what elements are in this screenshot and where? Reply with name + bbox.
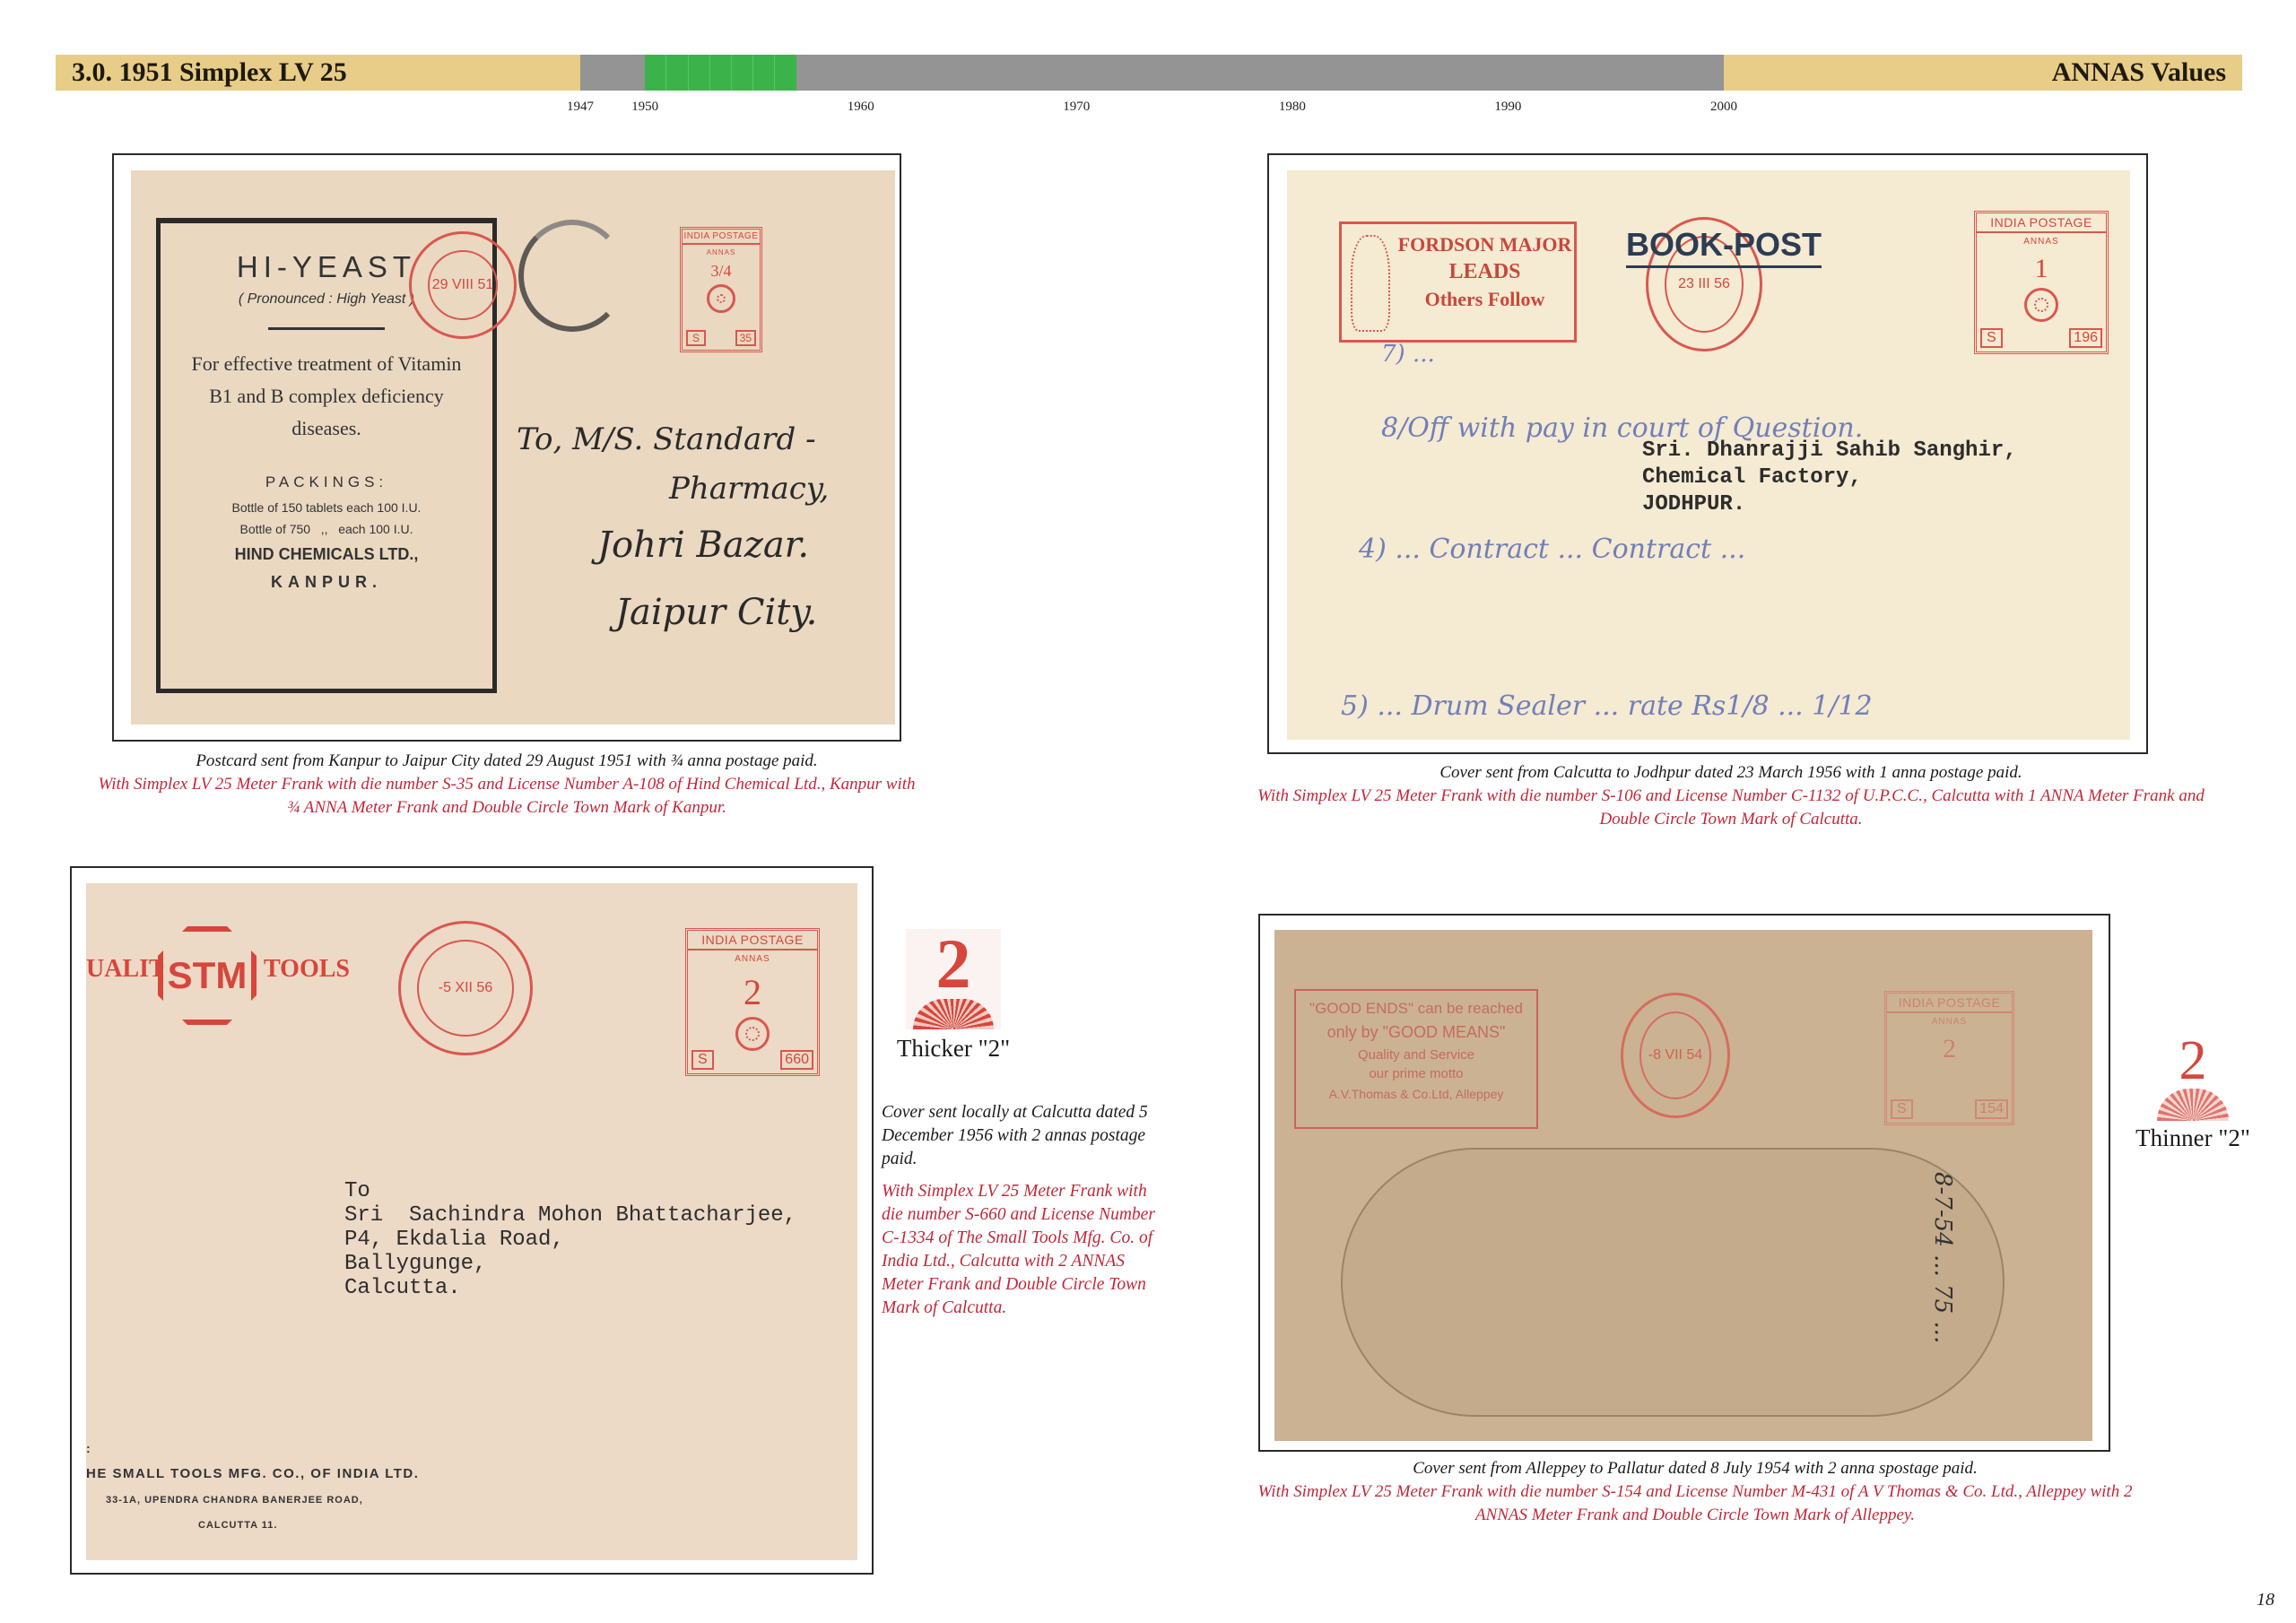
timeline-tick: 1950 — [631, 100, 658, 115]
caption-calcutta-jodhpur-detail: With Simplex LV 25 Meter Frank with die … — [1247, 785, 2215, 831]
address-line-1: To, M/S. Standard - — [517, 421, 816, 457]
typed-address: Sri. Dhanrajji Sahib Sanghir, Chemical F… — [1642, 438, 2017, 518]
logo-right-text: TOOLS — [264, 955, 350, 984]
advert-body: For effective treatment of Vitamin B1 an… — [161, 348, 492, 445]
caption-calcutta-jodhpur-summary: Cover sent from Calcutta to Jodhpur date… — [1247, 761, 2215, 785]
caption-calcutta-jodhpur: Cover sent from Calcutta to Jodhpur date… — [1247, 761, 2215, 831]
town-mark-date: -5 XII 56 — [401, 980, 530, 996]
exhibit-frame-calcutta-jodhpur: FORDSON MAJOR LEADS Others Follow 23 III… — [1267, 153, 2148, 754]
timeline-tick: 1990 — [1494, 100, 1521, 115]
town-mark-calcutta: -5 XII 56 — [398, 921, 533, 1055]
town-mark-kanpur: 29 VIII 51 — [409, 231, 517, 339]
slogan-box: FORDSON MAJOR LEADS Others Follow — [1339, 221, 1577, 343]
timeline-tick: 1947 — [567, 100, 594, 115]
exhibit-frame-alleppey: "GOOD ENDS" can be reached only by "GOOD… — [1258, 914, 2110, 1452]
handwritten-note-1: 7) ... — [1381, 341, 1435, 368]
slogan-box: "GOOD ENDS" can be reached only by "GOOD… — [1294, 989, 1538, 1129]
caption-kanpur: Postcard sent from Kanpur to Jaipur City… — [90, 750, 924, 820]
cover-image: FORDSON MAJOR LEADS Others Follow 23 III… — [1287, 170, 2130, 740]
variant-thicker-2: 2 Thicker "2" — [886, 929, 1021, 1063]
meter-frank: INDIA POSTAGE ANNAS 2 S 154 — [1884, 991, 2014, 1125]
handwritten-side-note: 8-7-54 ... 75 ... — [1929, 1172, 1956, 1343]
book-post-label: BOOK-POST — [1626, 226, 1822, 268]
caption-calcutta-local-detail: With Simplex LV 25 Meter Frank with die … — [882, 1180, 1169, 1320]
town-mark-alleppey: -8 VII 54 — [1621, 993, 1730, 1118]
caption-alleppey: Cover sent from Alleppey to Pallatur dat… — [1251, 1457, 2139, 1527]
timeline-tick: 1960 — [848, 100, 874, 115]
caption-calcutta-local: Cover sent locally at Calcutta dated 5 D… — [882, 1101, 1169, 1320]
handwritten-note-3: 4) ... Contract ... Contract ... — [1359, 534, 1745, 565]
sender-address: 33-1A, UPENDRA CHANDRA BANERJEE ROAD, — [106, 1495, 363, 1506]
advert-city: KANPUR. — [161, 573, 492, 592]
stm-logo: STM — [158, 926, 257, 1025]
caption-alleppey-summary: Cover sent from Alleppey to Pallatur dat… — [1251, 1457, 2139, 1480]
ashoka-chakra-icon — [913, 999, 994, 1029]
typed-address: To Sri Sachindra Mohon Bhattacharjee, P4… — [344, 1179, 796, 1300]
page-number: 18 — [2257, 1590, 2274, 1610]
address-window — [1341, 1148, 2005, 1417]
exhibit-frame-kanpur: HI-YEAST ( Pronounced : High Yeast ) For… — [112, 153, 901, 742]
timeline-tick: 1970 — [1063, 100, 1090, 115]
ashoka-chakra-icon — [735, 1017, 770, 1051]
address-line-3: Johri Bazar. — [597, 525, 809, 566]
postcard-image: HI-YEAST ( Pronounced : High Yeast ) For… — [131, 170, 895, 725]
variant-digit: 2 — [906, 929, 1001, 999]
advert-packing-1: Bottle of 150 tablets each 100 I.U. — [161, 500, 492, 515]
caption-kanpur-detail: With Simplex LV 25 Meter Frank with die … — [90, 773, 924, 820]
sender-city: CALCUTTA 11. — [198, 1520, 277, 1531]
caption-alleppey-detail: With Simplex LV 25 Meter Frank with die … — [1251, 1480, 2139, 1527]
sender-prefix: : — [86, 1441, 91, 1455]
variant-label: Thicker "2" — [886, 1035, 1021, 1063]
ashoka-chakra-icon — [2024, 288, 2058, 322]
advert-ornament — [268, 327, 385, 330]
variant-label: Thinner "2" — [2126, 1124, 2260, 1152]
ashoka-chakra-icon — [707, 284, 735, 313]
advert-company: HIND CHEMICALS LTD., — [161, 545, 492, 564]
tractor-emblem-icon — [1351, 235, 1390, 332]
page-title: 3.0. 1951 Simplex LV 25 — [72, 57, 347, 88]
cover-image: "GOOD ENDS" can be reached only by "GOOD… — [1274, 930, 2092, 1441]
meter-frank: INDIA POSTAGE ANNAS 2 S 660 — [685, 928, 820, 1076]
postmark-kanpur — [518, 220, 626, 332]
variant-digit: 2 — [2126, 1033, 2260, 1089]
advert-packing-2: Bottle of 750 ,, each 100 I.U. — [161, 522, 492, 536]
variant-thinner-2: 2 Thinner "2" — [2126, 1033, 2260, 1152]
handwritten-note-4: 5) ... Drum Sealer ... rate Rs1/8 ... 1/… — [1341, 690, 1873, 722]
meter-frank: INDIA POSTAGE ANNAS 3/4 S 35 — [680, 227, 762, 352]
timeline-track — [580, 55, 1724, 91]
town-mark-date: 29 VIII 51 — [412, 277, 514, 293]
town-mark-date: -8 VII 54 — [1623, 1047, 1727, 1063]
caption-kanpur-summary: Postcard sent from Kanpur to Jaipur City… — [90, 750, 924, 773]
advert-packings-title: PACKINGS: — [161, 473, 492, 491]
sender-company: HE SMALL TOOLS MFG. CO., OF INDIA LTD. — [86, 1466, 419, 1481]
exhibit-frame-calcutta-local: UALITY STM TOOLS -5 XII 56 INDIA POSTAGE… — [70, 866, 874, 1575]
cover-image: UALITY STM TOOLS -5 XII 56 INDIA POSTAGE… — [86, 883, 857, 1560]
timeline-tick: 1980 — [1279, 100, 1306, 115]
ashoka-chakra-icon — [2157, 1089, 2229, 1121]
caption-calcutta-local-summary: Cover sent locally at Calcutta dated 5 D… — [882, 1101, 1169, 1171]
section-label: ANNAS Values — [2052, 57, 2226, 88]
address-line-2: Pharmacy, — [669, 471, 829, 507]
timeline-active-period — [645, 55, 796, 91]
address-line-4: Jaipur City. — [615, 592, 817, 633]
timeline-tick: 2000 — [1710, 100, 1737, 115]
meter-frank: INDIA POSTAGE ANNAS 1 S 196 — [1974, 211, 2109, 354]
town-mark-date: 23 III 56 — [1648, 276, 1760, 292]
